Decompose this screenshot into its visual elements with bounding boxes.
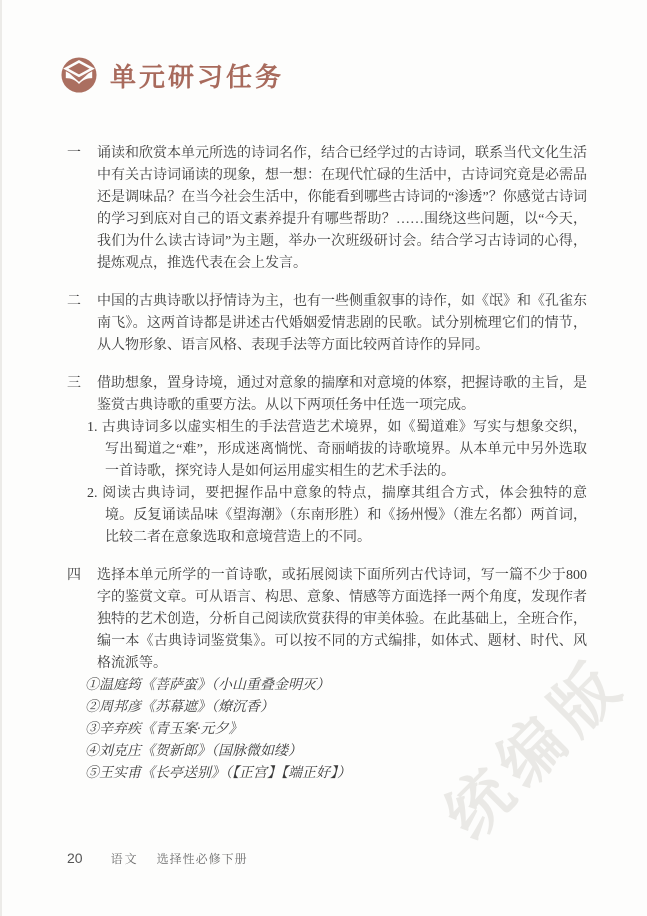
subitem-marker: 2.: [87, 486, 98, 501]
task-text: 中国的古典诗歌以抒情诗为主，也有一些侧重叙事的诗作，如《氓》和《孔雀东南飞》。这…: [97, 291, 587, 357]
page-number: 20: [67, 850, 83, 866]
textbook-page: 单元研习任务 一 诵读和欣赏本单元所选的诗词名作，结合已经学过的古诗词，联系当代…: [0, 0, 647, 916]
page-footer: 20 语文 选择性必修下册: [67, 850, 248, 867]
task-item-2: 二 中国的古典诗歌以抒情诗为主，也有一些侧重叙事的诗作，如《氓》和《孔雀东南飞》…: [67, 291, 587, 357]
subitem-text: 古典诗词多以虚实相生的手法营造艺术境界，如《蜀道难》写实与想象交织，写出蜀道之“…: [102, 420, 588, 479]
page-title: 单元研习任务: [110, 57, 284, 94]
task-number: 三: [67, 373, 97, 549]
task-body: 选择本单元所学的一首诗歌，或拓展阅读下面所列古代诗词，写一篇不少于800字的鉴赏…: [97, 565, 587, 785]
task-item-3: 三 借助想象，置身诗境，通过对意象的揣摩和对意境的体察，把握诗歌的主旨，是鉴赏古…: [67, 373, 587, 549]
poem-list-item: ③辛弃疾《青玉案·元夕》: [85, 719, 587, 741]
footer-volume-label: 选择性必修下册: [157, 850, 248, 867]
task-text: 选择本单元所学的一首诗歌，或拓展阅读下面所列古代诗词，写一篇不少于800字的鉴赏…: [97, 565, 587, 675]
task-text: 诵读和欣赏本单元所选的诗词名作，结合已经学过的古诗词，联系当代文化生活中有关古诗…: [97, 143, 587, 275]
task-body: 诵读和欣赏本单元所选的诗词名作，结合已经学过的古诗词，联系当代文化生活中有关古诗…: [97, 143, 587, 275]
tasks-list: 一 诵读和欣赏本单元所选的诗词名作，结合已经学过的古诗词，联系当代文化生活中有关…: [67, 143, 587, 801]
page-header: 单元研习任务: [60, 56, 284, 94]
footer-subject-label: 语文: [111, 850, 139, 867]
poem-list: ①温庭筠《菩萨蛮》（小山重叠金明灭） ②周邦彦《苏幕遮》（燎沉香） ③辛弃疾《青…: [85, 675, 587, 785]
task-body: 借助想象，置身诗境，通过对意象的揣摩和对意境的体察，把握诗歌的主旨，是鉴赏古典诗…: [97, 373, 587, 549]
task-text: 借助想象，置身诗境，通过对意象的揣摩和对意境的体察，把握诗歌的主旨，是鉴赏古典诗…: [97, 373, 587, 417]
task-number: 一: [67, 143, 97, 275]
subitem-marker: 1.: [87, 420, 98, 435]
poem-list-item: ⑤王实甫《长亭送别》（【正宫】【端正好】）: [85, 763, 587, 785]
task-subitem-2: 2.阅读古典诗词，要把握作品中意象的特点，揣摩其组合方式，体会独特的意境。反复诵…: [97, 483, 587, 549]
subitem-text: 阅读古典诗词，要把握作品中意象的特点，揣摩其组合方式，体会独特的意境。反复诵读品…: [102, 486, 588, 545]
poem-list-item: ④刘克庄《贺新郎》（国脉微如缕）: [85, 741, 587, 763]
task-subitem-1: 1.古典诗词多以虚实相生的手法营造艺术境界，如《蜀道难》写实与想象交织，写出蜀道…: [97, 417, 587, 483]
open-book-logo-icon: [60, 56, 98, 94]
task-item-4: 四 选择本单元所学的一首诗歌，或拓展阅读下面所列古代诗词，写一篇不少于800字的…: [67, 565, 587, 785]
poem-list-item: ②周邦彦《苏幕遮》（燎沉香）: [85, 697, 587, 719]
poem-list-item: ①温庭筠《菩萨蛮》（小山重叠金明灭）: [85, 675, 587, 697]
task-body: 中国的古典诗歌以抒情诗为主，也有一些侧重叙事的诗作，如《氓》和《孔雀东南飞》。这…: [97, 291, 587, 357]
task-item-1: 一 诵读和欣赏本单元所选的诗词名作，结合已经学过的古诗词，联系当代文化生活中有关…: [67, 143, 587, 275]
task-number: 二: [67, 291, 97, 357]
